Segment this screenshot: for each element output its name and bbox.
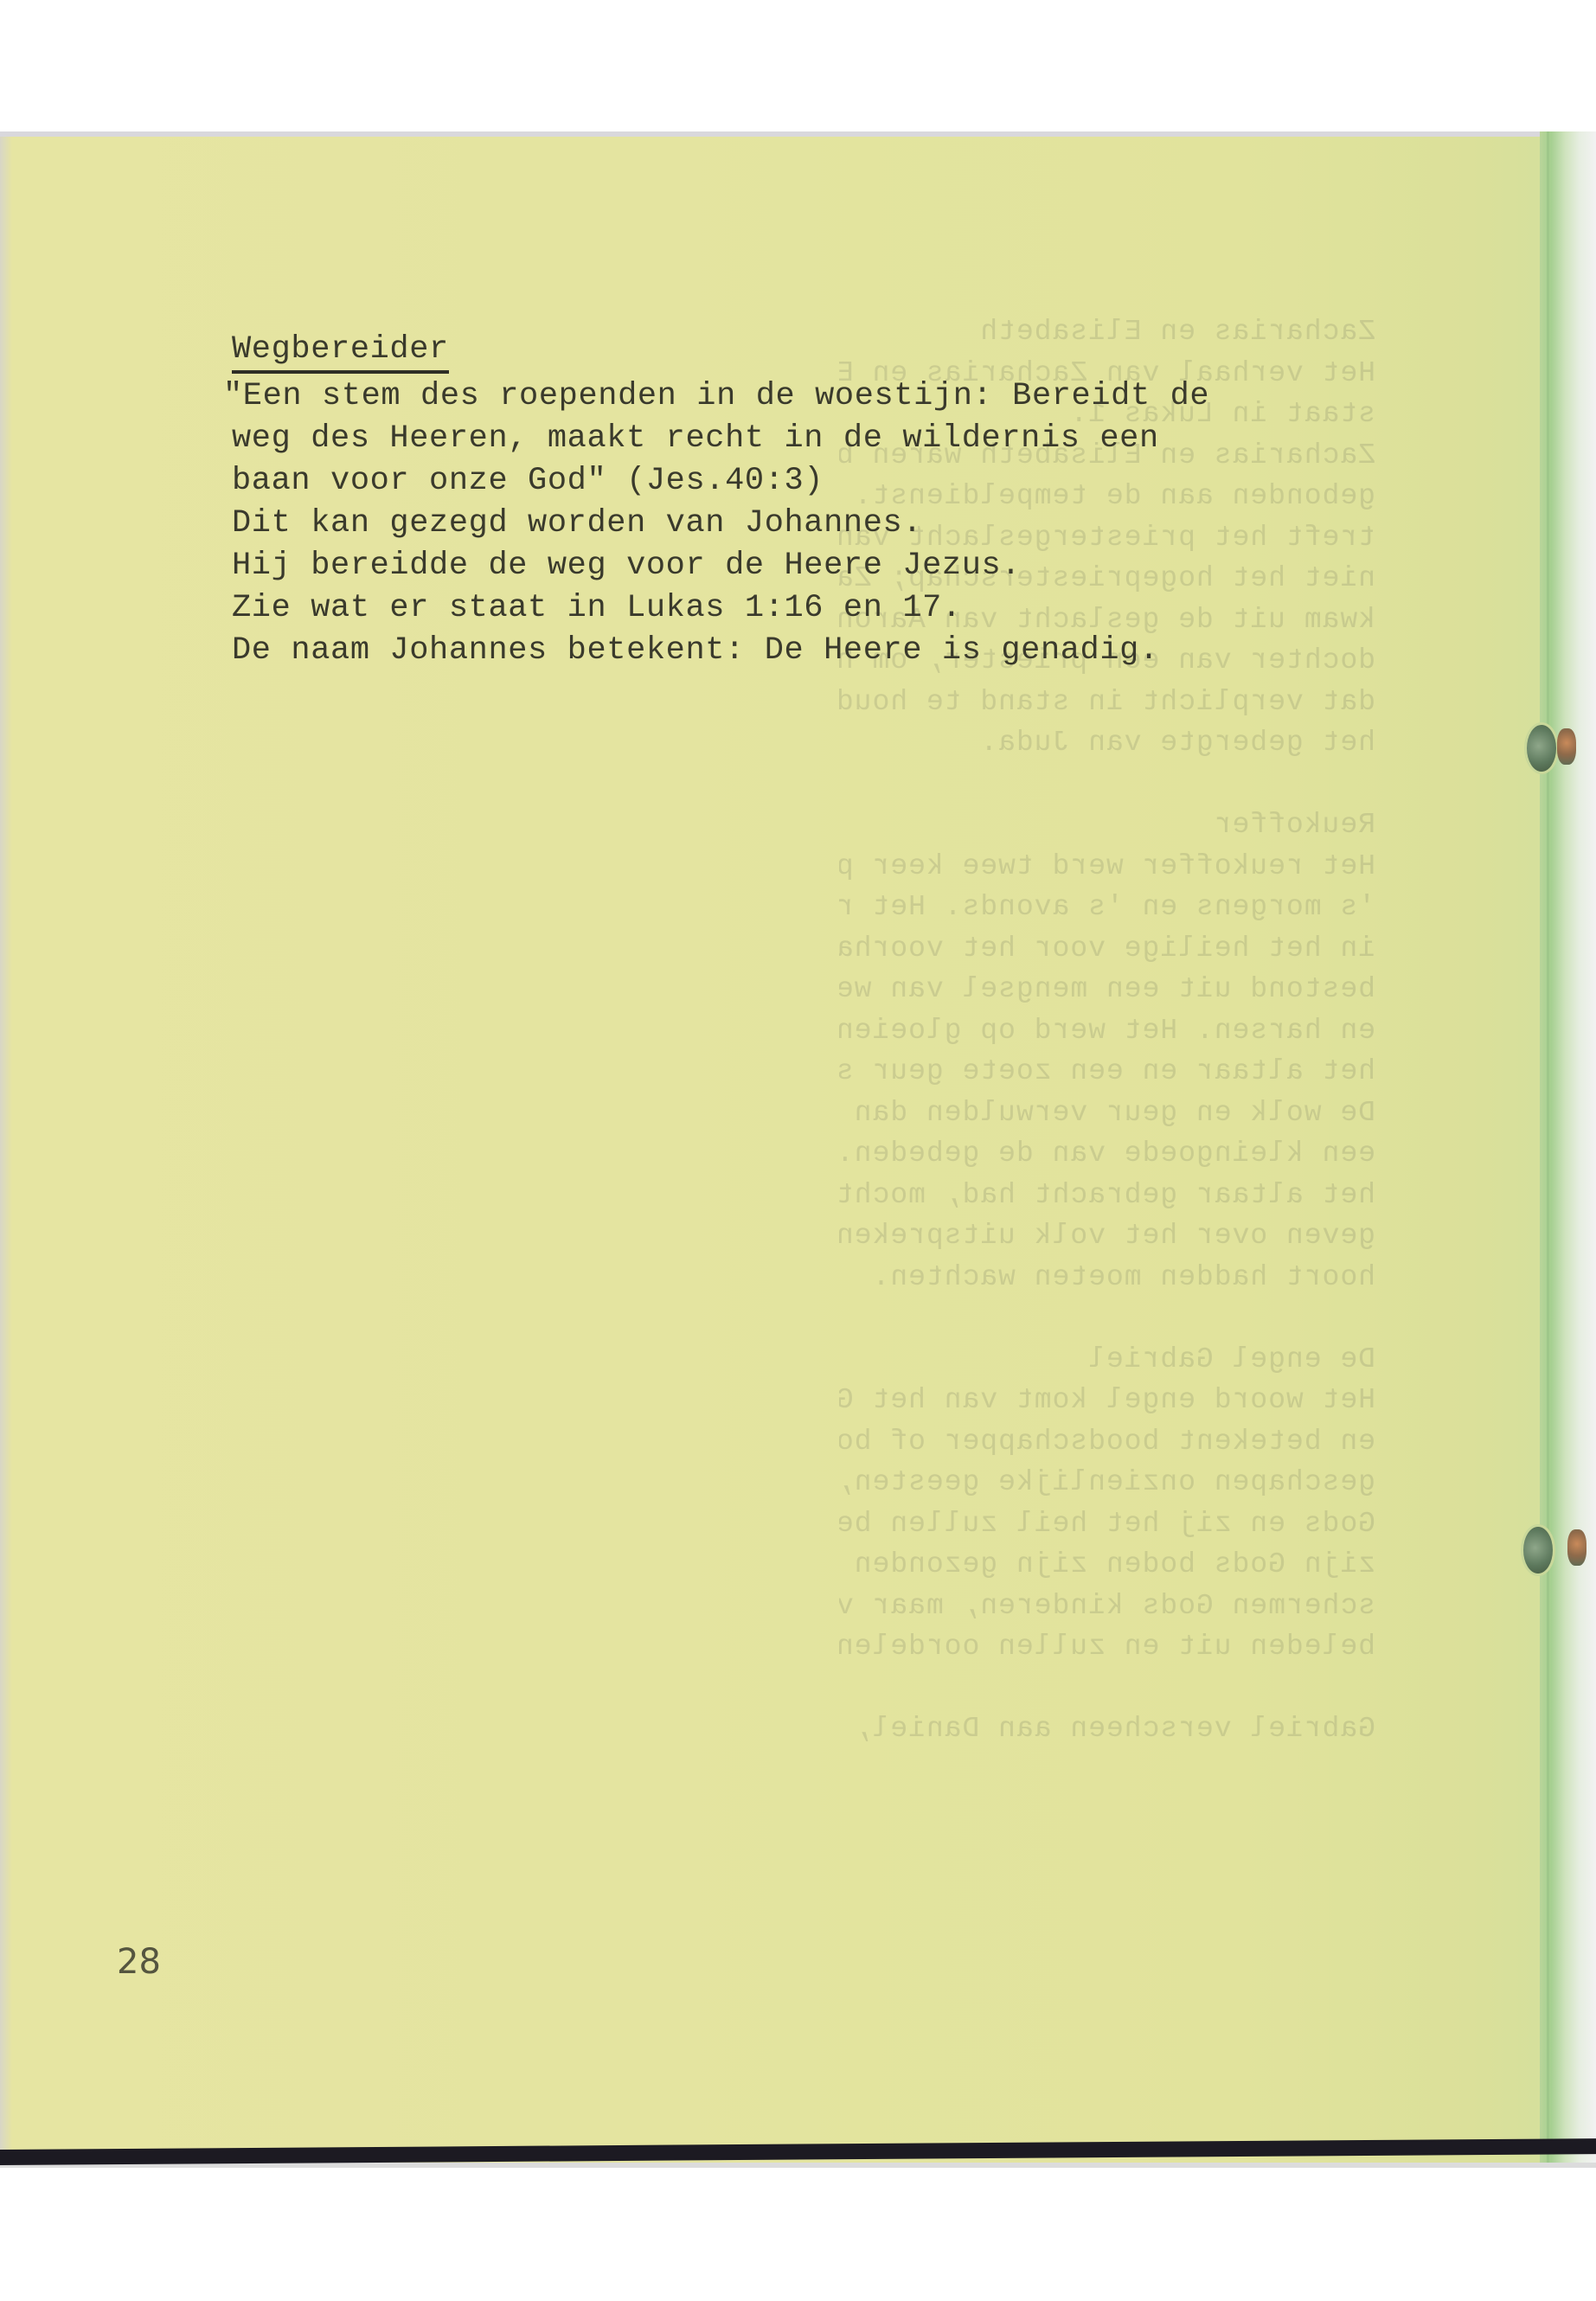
binder-edge: [1540, 131, 1596, 2164]
page-number: 28: [117, 1942, 161, 1982]
text-line: Hij bereidde de weg voor de Heere Jezus.: [232, 545, 1209, 587]
binder-ring-top: [1524, 722, 1559, 774]
text-line: De naam Johannes betekent: De Heere is g…: [232, 630, 1209, 672]
text-line: Zie wat er staat in Lukas 1:16 en 17.: [232, 587, 1209, 630]
text-line: baan voor onze God" (Jes.40:3): [232, 460, 1209, 503]
text-line: "Een stem des roependen in de woestijn: …: [223, 375, 1209, 418]
text-line: weg des Heeren, maakt recht in de wilder…: [232, 418, 1209, 460]
binder-ring-bottom: [1521, 1524, 1555, 1576]
text-line: Dit kan gezegd worden van Johannes.: [232, 503, 1209, 545]
document-body: Wegbereider "Een stem des roependen in d…: [232, 329, 1209, 672]
binder-ring-clip-bottom: [1567, 1529, 1586, 1566]
section-heading: Wegbereider: [232, 330, 449, 374]
binder-ring-clip-top: [1557, 728, 1576, 765]
